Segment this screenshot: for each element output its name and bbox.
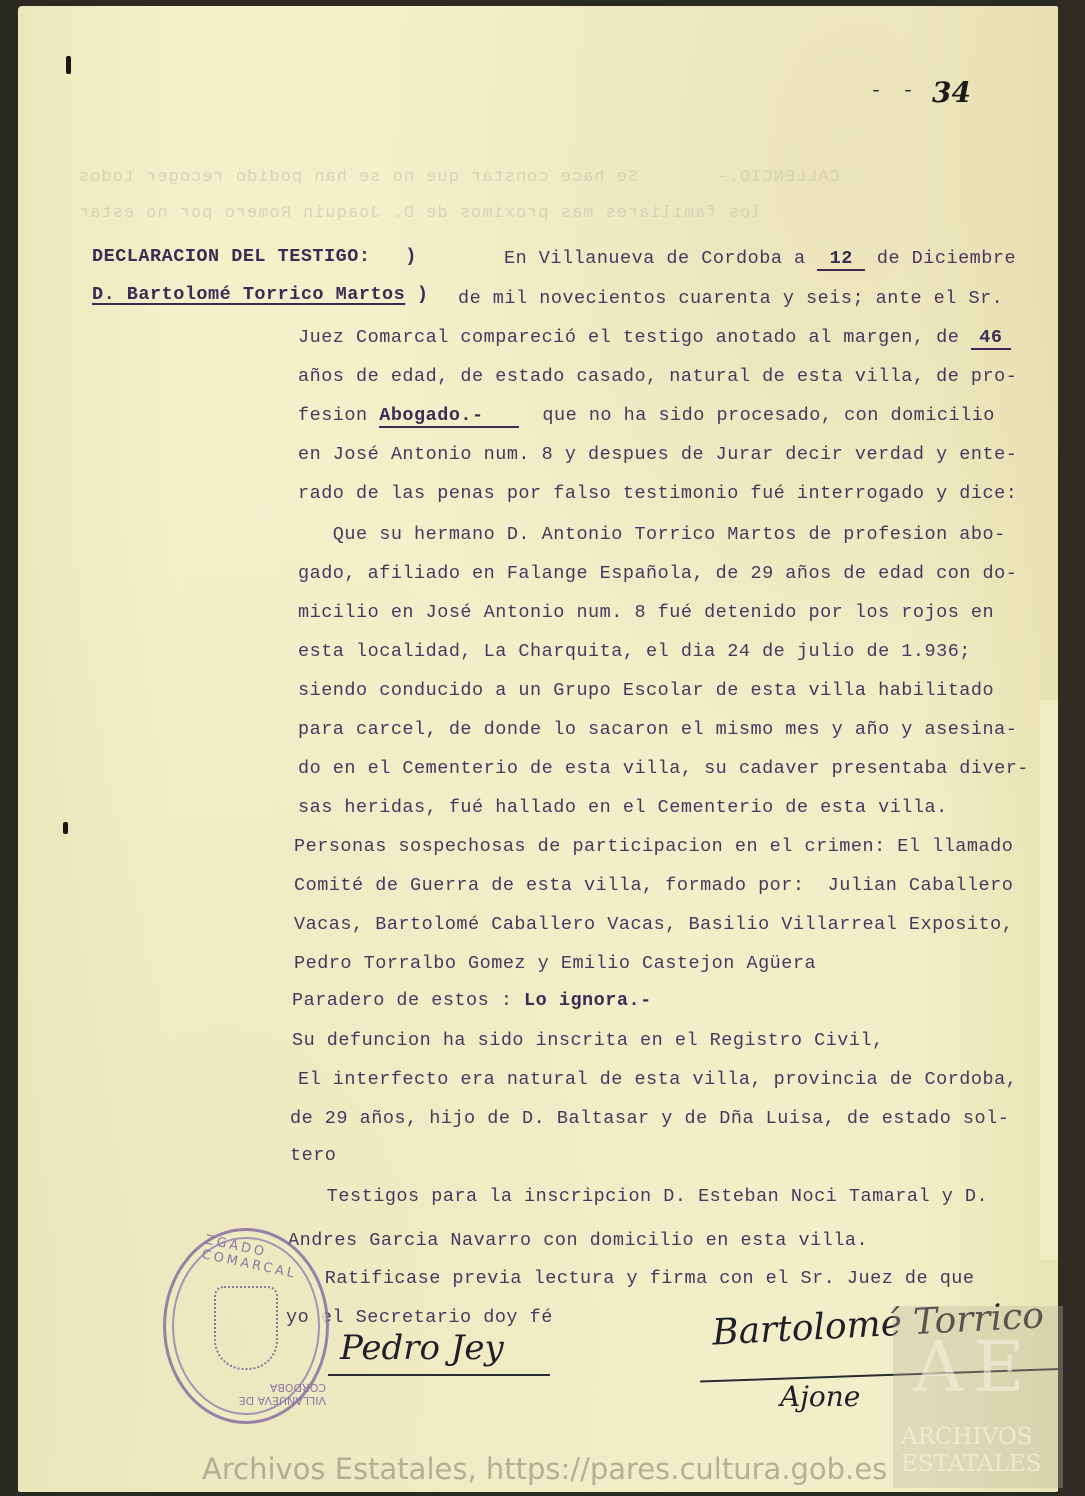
- tail-line: de 29 años, hijo de D. Baltasar y de Dña…: [290, 1108, 1009, 1129]
- whereabouts-line: Paradero de estos : Lo ignora.-: [292, 990, 652, 1011]
- opening-line-7: rado de las penas por falso testimonio f…: [298, 483, 1017, 504]
- bleed-through-line: los familiares mas proximos de D. Joaqui…: [78, 204, 963, 223]
- profession-field: Abogado.-: [379, 405, 519, 428]
- text: de Diciembre: [865, 248, 1016, 269]
- opening-line-1: En Villanueva de Cordoba a 12 de Diciemb…: [504, 248, 1016, 271]
- body-line: esta localidad, La Charquita, el dia 24 …: [298, 641, 971, 662]
- tail-line: tero: [290, 1145, 336, 1166]
- body-line: Pedro Torralbo Gomez y Emilio Castejon A…: [294, 953, 816, 974]
- secretary-signature: Ajone: [780, 1380, 860, 1413]
- opening-line-5: fesion Abogado.- que no ha sido procesad…: [298, 405, 995, 428]
- archivos-estatales-logo: AE ARCHIVOSESTATALES: [893, 1306, 1063, 1488]
- judge-signature: Pedro Jey: [340, 1328, 504, 1368]
- body-line: Comité de Guerra de esta villa, formado …: [294, 875, 1013, 896]
- folio-number: 34: [932, 76, 971, 109]
- bracket: ): [405, 246, 417, 267]
- title-text: DECLARACION DEL TESTIGO:: [92, 246, 370, 267]
- body-line: Que su hermano D. Antonio Torrico Martos…: [298, 524, 1006, 545]
- witness-name: D. Bartolomé Torrico Martos: [92, 284, 405, 305]
- body-line: para carcel, de donde lo sacaron el mism…: [298, 719, 1017, 740]
- text: que no ha sido procesado, con domicilio: [519, 405, 995, 426]
- body-line: sas heridas, fué hallado en el Cementeri…: [298, 797, 948, 818]
- logo-line: ESTATALES: [901, 1451, 1042, 1478]
- witness-name-line: D. Bartolomé Torrico Martos ): [92, 284, 428, 305]
- bleed-through-line: CALLENCIO.- Se hace constar que no se ha…: [78, 168, 840, 187]
- folio-marks: - -: [870, 80, 918, 103]
- closing-line: Andres Garcia Navarro con domicilio en e…: [288, 1230, 868, 1251]
- opening-line-4: años de edad, de estado casado, natural …: [298, 366, 1017, 387]
- closing-line: Ratificase previa lectura y firma con el…: [290, 1268, 975, 1289]
- tail-line: Su defuncion ha sido inscrita en el Regi…: [292, 1030, 884, 1051]
- body-line: do en el Cementerio de esta villa, su ca…: [298, 758, 1029, 779]
- opening-line-3: Juez Comarcal compareció el testigo anot…: [298, 327, 1011, 350]
- opening-line-2: de mil novecientos cuarenta y seis; ante…: [458, 288, 1003, 309]
- archive-watermark: Archivos Estatales, https://pares.cultur…: [202, 1452, 887, 1486]
- logo-letters: AE: [913, 1326, 1035, 1408]
- logo-text: ARCHIVOSESTATALES: [901, 1424, 1042, 1478]
- whereabouts-value: Lo ignora.-: [524, 990, 652, 1011]
- coat-of-arms-icon: [214, 1286, 278, 1370]
- body-line: Vacas, Bartolomé Caballero Vacas, Basili…: [294, 914, 1013, 935]
- day-field: 12: [817, 248, 865, 271]
- whereabouts-label: Paradero de estos :: [292, 990, 524, 1011]
- page-edge-flap: [1040, 700, 1060, 1260]
- punch-hole: [66, 56, 71, 74]
- scan-border: [1058, 0, 1085, 1496]
- logo-line: ARCHIVOS: [901, 1424, 1042, 1451]
- closing-line: Testigos para la inscripcion D. Esteban …: [292, 1186, 988, 1207]
- stamp-bottom-text: VILLANUEVA DE CORDOBA: [206, 1381, 326, 1407]
- tail-line: El interfecto era natural de esta villa,…: [298, 1069, 1017, 1090]
- signature-line: [328, 1374, 550, 1376]
- body-line: Personas sospechosas de participacion en…: [294, 836, 1013, 857]
- court-seal-stamp: ZGADO COMARCAL VILLANUEVA DE CORDOBA: [163, 1228, 329, 1424]
- text: En Villanueva de Cordoba a: [504, 248, 817, 269]
- text: Juez Comarcal compareció el testigo anot…: [298, 327, 971, 348]
- body-line: siendo conducido a un Grupo Escolar de e…: [298, 680, 994, 701]
- text: fesion: [298, 405, 379, 426]
- opening-line-6: en José Antonio num. 8 y despues de Jura…: [298, 444, 1017, 465]
- declaration-title: DECLARACION DEL TESTIGO: ): [92, 246, 417, 267]
- punch-hole: [63, 822, 68, 834]
- body-line: gado, afiliado en Falange Española, de 2…: [298, 563, 1017, 584]
- bracket: ): [417, 284, 429, 305]
- body-line: micilio en José Antonio num. 8 fué deten…: [298, 602, 994, 623]
- age-field: 46: [971, 327, 1011, 350]
